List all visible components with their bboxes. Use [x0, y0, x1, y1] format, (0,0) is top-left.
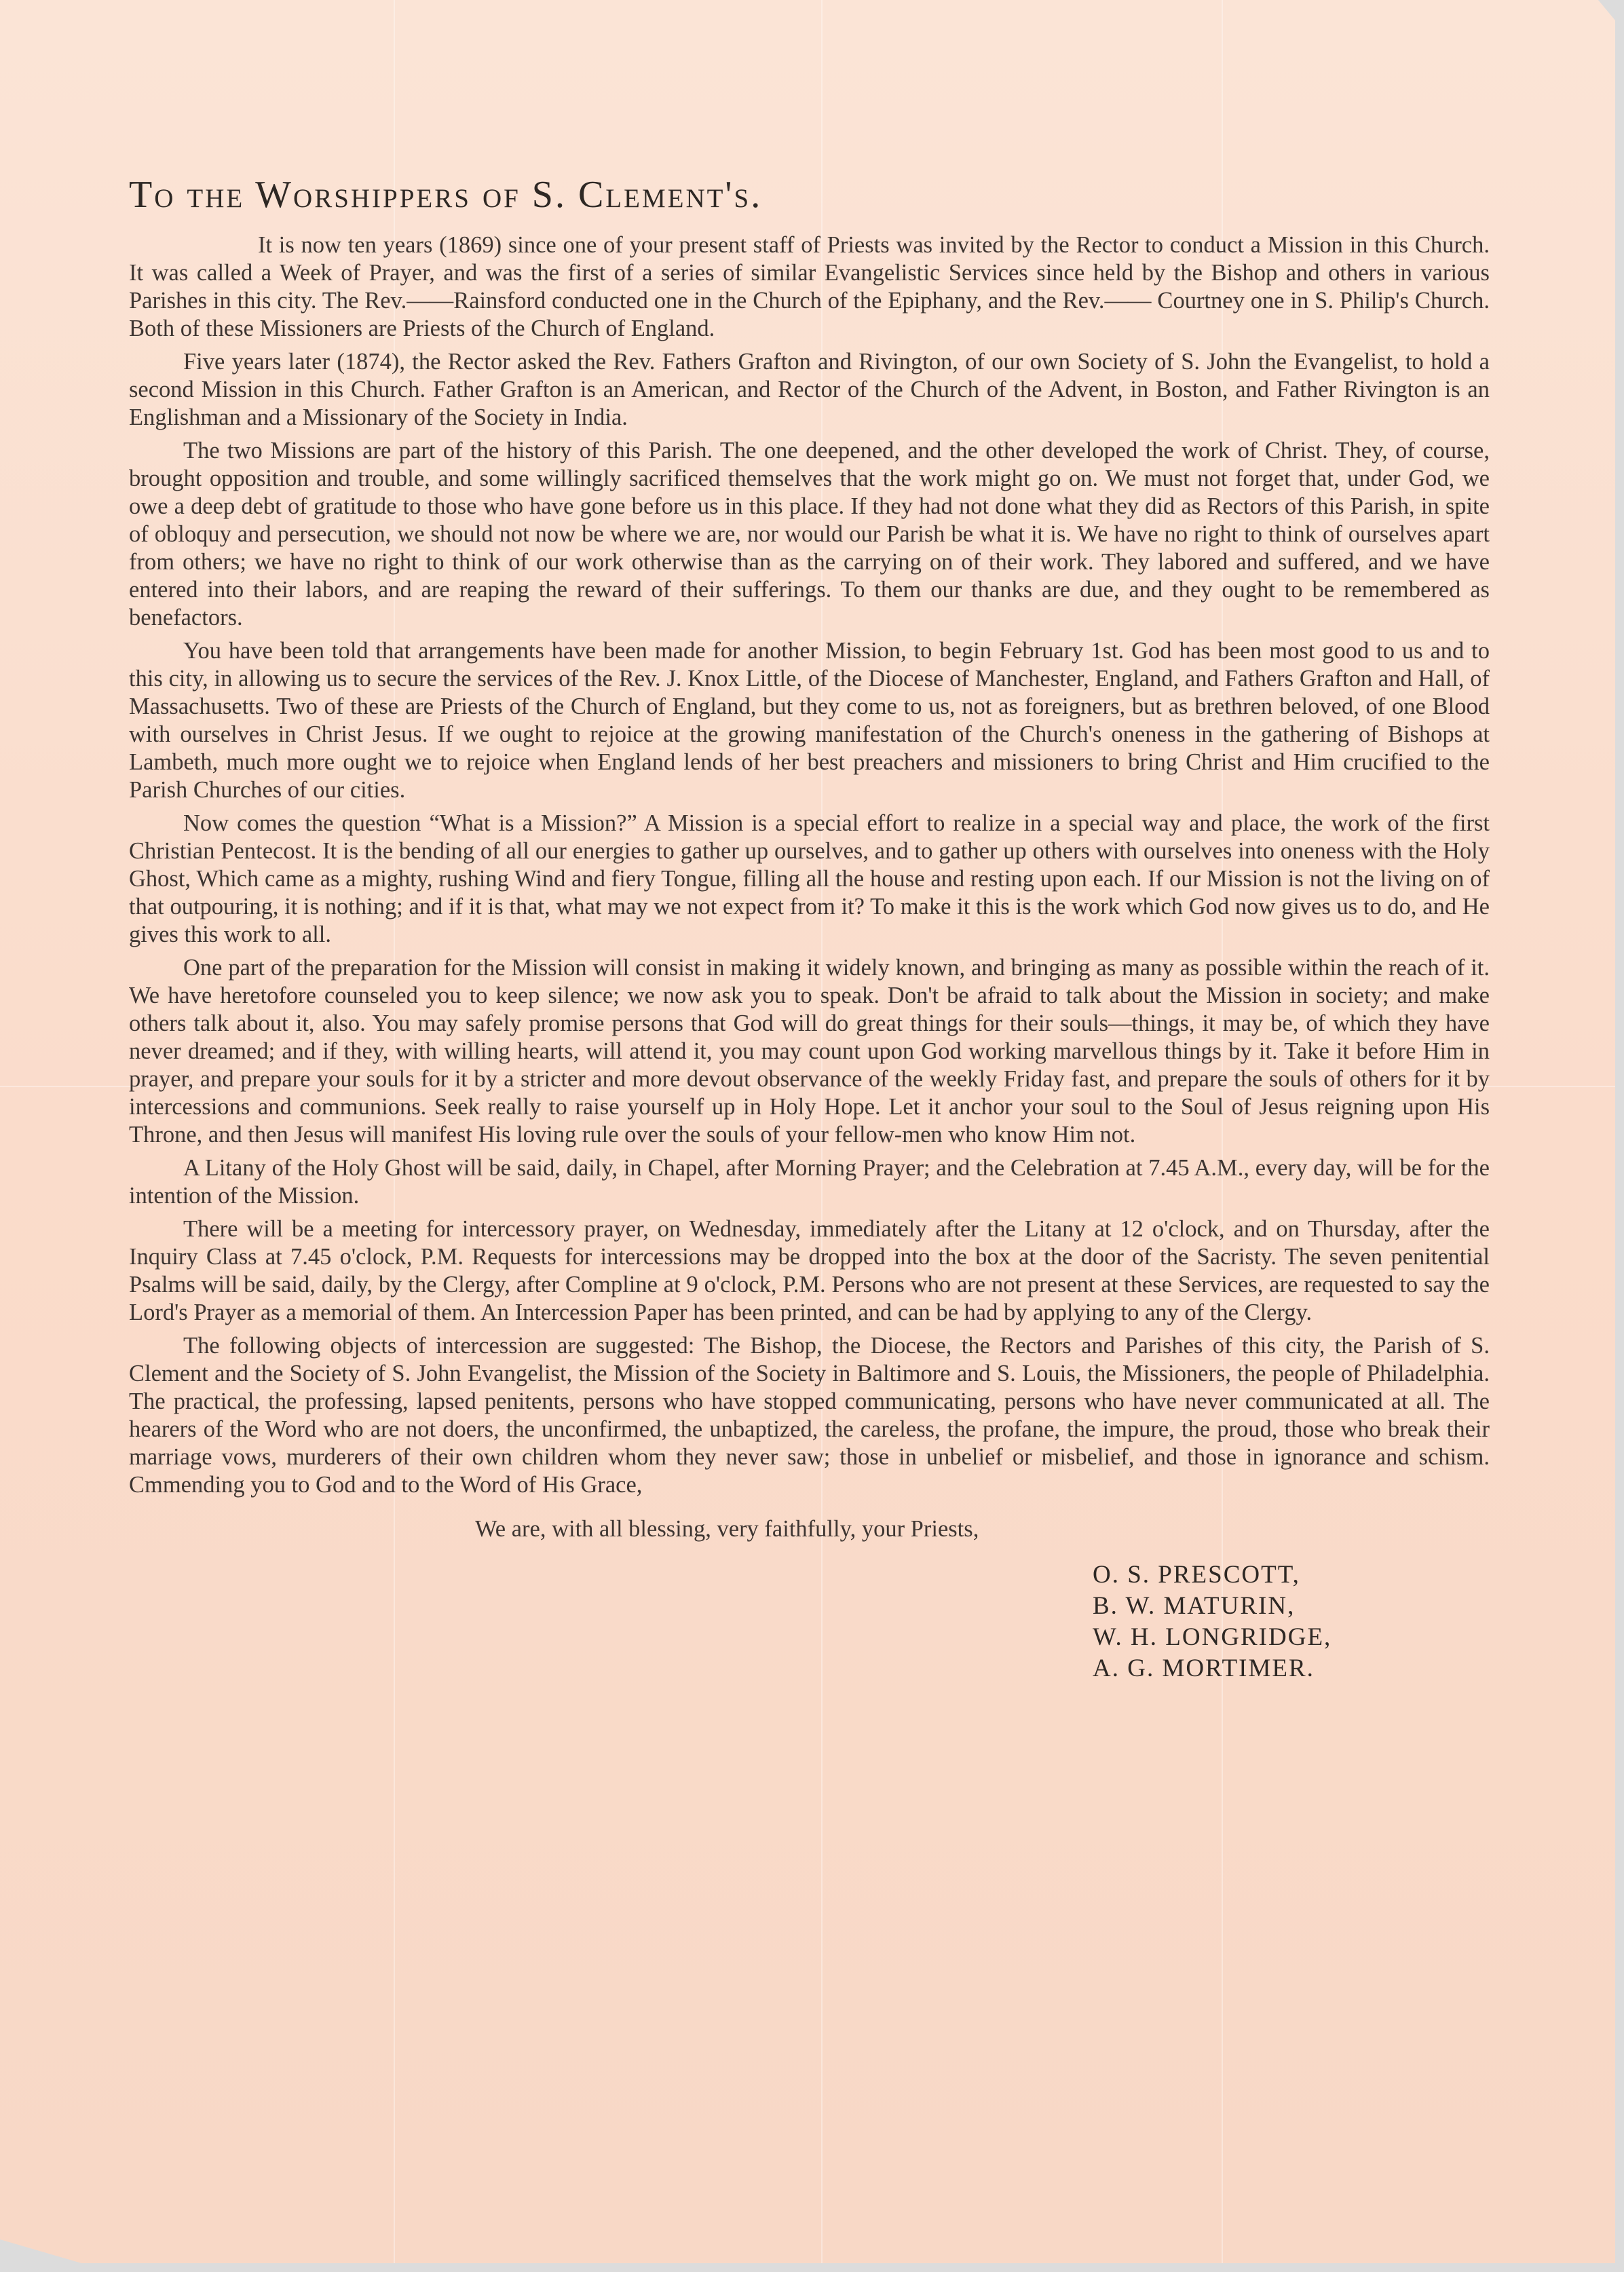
paragraph-second-mission-1874: Five years later (1874), the Rector aske… — [129, 348, 1490, 432]
paragraph-intercessory-meetings: There will be a meeting for intercessory… — [129, 1215, 1490, 1327]
letter-body: To the Worshippers of S. Clement's. It i… — [129, 173, 1490, 1684]
signature-block: O. S. PRESCOTT, B. W. MATURIN, W. H. LON… — [1093, 1559, 1490, 1684]
paragraph-missions-history-1869: It is now ten years (1869) since one of … — [129, 231, 1490, 343]
letter-title: To the Worshippers of S. Clement's. — [129, 173, 1490, 216]
closing-line: We are, with all blessing, very faithful… — [475, 1515, 1490, 1543]
signature-longridge: W. H. LONGRIDGE, — [1093, 1622, 1490, 1653]
paragraph-parish-history: The two Missions are part of the history… — [129, 437, 1490, 632]
paragraph-litany: A Litany of the Holy Ghost will be said,… — [129, 1154, 1490, 1210]
paragraph-objects-of-intercession: The following objects of intercession ar… — [129, 1332, 1490, 1499]
letter-page: To the Worshippers of S. Clement's. It i… — [0, 0, 1615, 2263]
paragraph-preparation: One part of the preparation for the Miss… — [129, 954, 1490, 1149]
paragraph-what-is-a-mission: Now comes the question “What is a Missio… — [129, 810, 1490, 949]
signature-prescott: O. S. PRESCOTT, — [1093, 1559, 1490, 1591]
signature-maturin: B. W. MATURIN, — [1093, 1591, 1490, 1622]
signature-mortimer: A. G. MORTIMER. — [1093, 1653, 1490, 1684]
paragraph-new-mission-announcement: You have been told that arrangements hav… — [129, 637, 1490, 804]
